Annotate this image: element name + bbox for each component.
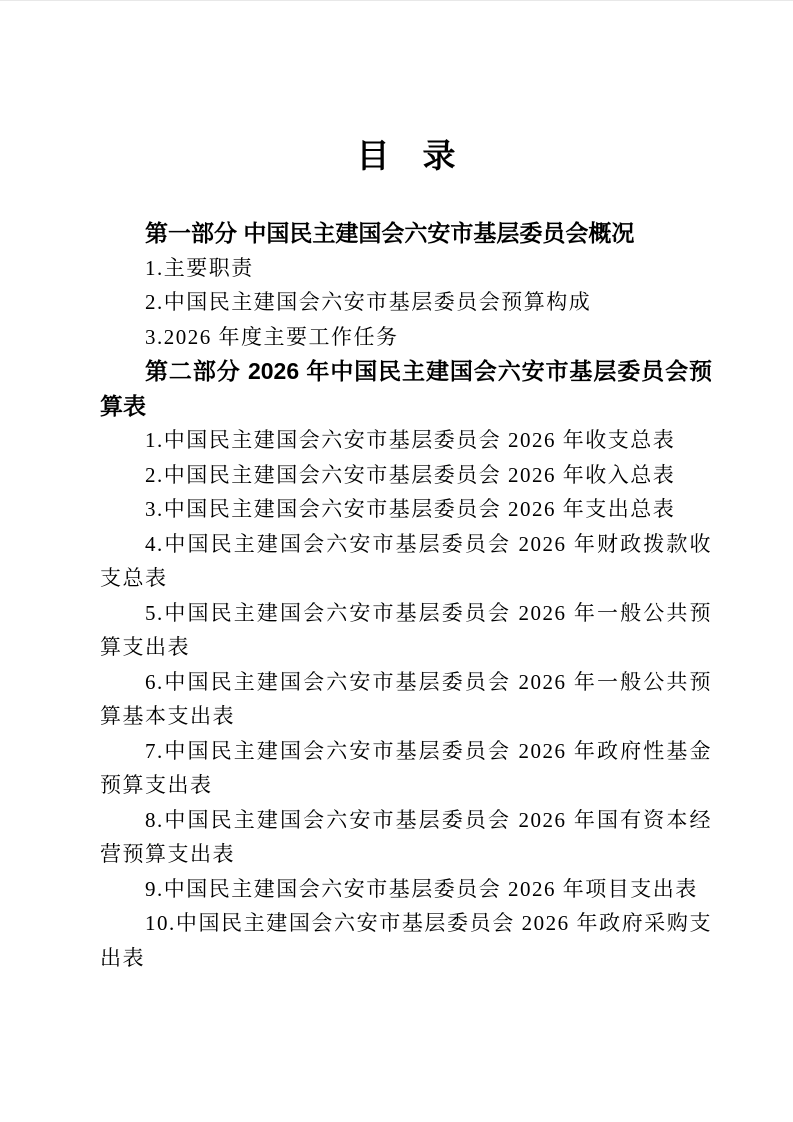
page-title: 目 录 xyxy=(100,134,712,180)
toc-item: 1.中国民主建国会六安市基层委员会 2026 年收支总表 xyxy=(100,423,712,458)
toc-item: 9.中国民主建国会六安市基层委员会 2026 年项目支出表 xyxy=(100,872,712,907)
toc-item: 10.中国民主建国会六安市基层委员会 2026 年政府采购支出表 xyxy=(100,906,712,975)
toc-content: 目 录 第一部分 中国民主建国会六安市基层委员会概况 1.主要职责 2.中国民主… xyxy=(0,1,793,975)
toc-item: 5.中国民主建国会六安市基层委员会 2026 年一般公共预算支出表 xyxy=(100,596,712,665)
toc-item: 7.中国民主建国会六安市基层委员会 2026 年政府性基金预算支出表 xyxy=(100,734,712,803)
toc-item: 3.中国民主建国会六安市基层委员会 2026 年支出总表 xyxy=(100,492,712,527)
toc-item: 2.中国民主建国会六安市基层委员会 2026 年收入总表 xyxy=(100,458,712,493)
document-page: 目 录 第一部分 中国民主建国会六安市基层委员会概况 1.主要职责 2.中国民主… xyxy=(0,0,793,1122)
toc-item: 6.中国民主建国会六安市基层委员会 2026 年一般公共预算基本支出表 xyxy=(100,665,712,734)
section-heading-1: 第一部分 中国民主建国会六安市基层委员会概况 xyxy=(100,216,712,251)
toc-item: 3.2026 年度主要工作任务 xyxy=(100,320,712,355)
toc-item: 8.中国民主建国会六安市基层委员会 2026 年国有资本经营预算支出表 xyxy=(100,803,712,872)
toc-item: 2.中国民主建国会六安市基层委员会预算构成 xyxy=(100,285,712,320)
toc-item: 4.中国民主建国会六安市基层委员会 2026 年财政拨款收支总表 xyxy=(100,527,712,596)
section-heading-2: 第二部分 2026 年中国民主建国会六安市基层委员会预算表 xyxy=(100,354,712,423)
toc-item: 1.主要职责 xyxy=(100,251,712,286)
